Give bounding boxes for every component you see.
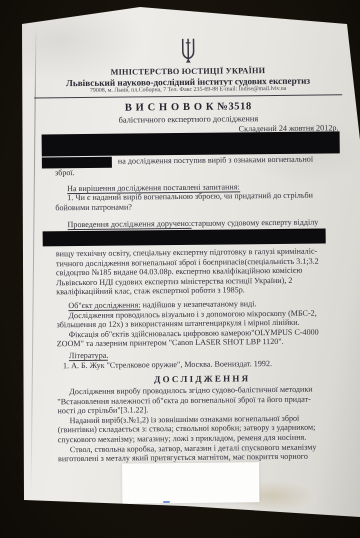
research-line-8: виготовлені з металу який притягується м… (58, 452, 346, 465)
photo-background: МІНІСТЕРСТВО ЮСТИЦІЇ УКРАЇНИ Львівський … (0, 0, 360, 538)
object-rest: надійшов у незапечатаному виді. (141, 299, 257, 309)
intro-text: на дослідження поступив виріб з ознаками… (118, 155, 313, 167)
blue-ink-mark (163, 501, 170, 503)
redaction-box-white-bottom (122, 462, 259, 503)
document-title: В И С Н О В О К №3518 (38, 100, 338, 114)
document-body: на дослідження поступив виріб з ознаками… (55, 131, 347, 504)
redaction-bar-top (42, 131, 340, 156)
assignment-rest: старшому судовому експерту відділу (191, 218, 318, 228)
redaction-bar-step (42, 157, 112, 169)
object-underlined: Об"єкт дослідження: (68, 300, 140, 311)
document-content: МІНІСТЕРСТВО ЮСТИЦІЇ УКРАЇНИ Львівський … (0, 0, 360, 538)
document-header: МІНІСТЕРСТВО ЮСТИЦІЇ УКРАЇНИ Львівський … (38, 36, 339, 125)
document-paper: МІНІСТЕРСТВО ЮСТИЦІЇ УКРАЇНИ Львівський … (0, 0, 360, 538)
ukraine-tryzub-emblem-icon (38, 36, 338, 66)
assignment-underlined: Проведення дослідження доручено: (67, 219, 191, 230)
redaction-bar-middle (43, 228, 326, 246)
